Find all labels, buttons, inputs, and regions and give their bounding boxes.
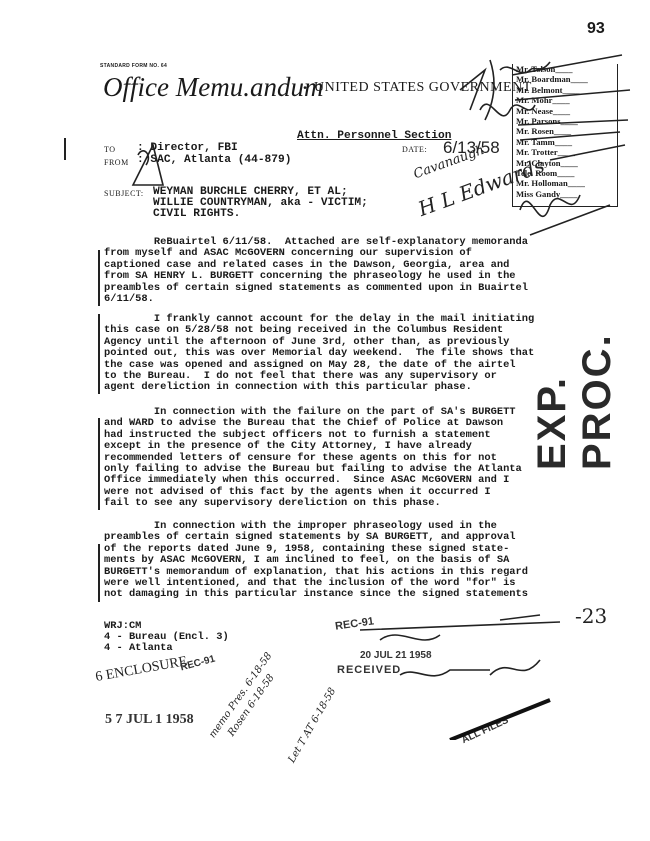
margin-line [64, 138, 66, 160]
margin-line [98, 250, 100, 306]
subject-line-3: CIVIL RIGHTS. [153, 208, 240, 220]
attention-line: Attn. Personnel Section [297, 130, 451, 142]
handwritten-triangle-mark [128, 140, 168, 190]
stamp-scribbles [300, 600, 630, 740]
margin-line [98, 418, 100, 510]
memo-title: Office Memu.andum [103, 72, 323, 103]
enclosure-stamp: 6 ENCLOSURE [94, 654, 188, 686]
body-paragraph-3: In connection with the failure on the pa… [104, 407, 604, 510]
bullet-separator: • [302, 84, 308, 95]
subject-label: SUBJECT: [104, 189, 144, 198]
copy-line-2: 4 - Atlanta [104, 642, 173, 654]
from-label: FROM [104, 158, 129, 167]
body-paragraph-4: In connection with the improper phraseol… [104, 521, 604, 601]
date-label: DATE: [402, 145, 427, 154]
margin-line [98, 544, 100, 602]
page-number: 93 [587, 20, 605, 38]
bottom-date-stamp: 5 7 JUL 1 1958 [105, 712, 194, 728]
body-paragraph-2: I frankly cannot account for the delay i… [104, 314, 604, 394]
margin-line [98, 314, 100, 394]
exp-proc-stamp: EXP. PROC. [530, 333, 620, 470]
to-label: TO [104, 145, 116, 154]
body-paragraph-1: ReBuairtel 6/11/58. Attached are self-ex… [104, 237, 604, 305]
form-label: STANDARD FORM NO. 64 [100, 63, 167, 69]
